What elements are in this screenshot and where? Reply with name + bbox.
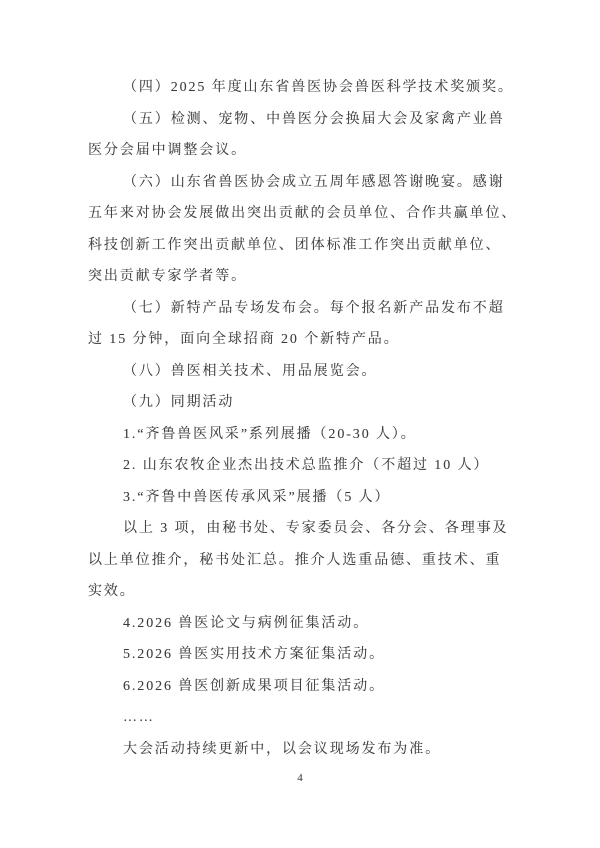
doc-line: 6.2026 兽医创新成果项目征集活动。	[88, 671, 558, 703]
doc-line: （七）新特产品专场发布会。每个报名新产品发布不超	[88, 293, 558, 325]
doc-line: 科技创新工作突出贡献单位、团体标准工作突出贡献单位、	[88, 230, 558, 262]
doc-line: 以上单位推介，秘书处汇总。推介人选重品德、重技术、重	[88, 545, 558, 577]
doc-line: 实效。	[88, 576, 558, 608]
doc-line: （六）山东省兽医协会成立五周年感恩答谢晚宴。感谢	[88, 167, 558, 199]
document-body: （四）2025 年度山东省兽医协会兽医科学技术奖颁奖。 （五）检测、宠物、中兽医…	[88, 72, 558, 765]
doc-line: （四）2025 年度山东省兽医协会兽医科学技术奖颁奖。	[88, 72, 558, 104]
doc-line: 3.“齐鲁中兽医传承风采”展播（5 人）	[88, 482, 558, 514]
doc-line: 医分会届中调整会议。	[88, 135, 558, 167]
doc-line: 4.2026 兽医论文与病例征集活动。	[88, 608, 558, 640]
document-page: （四）2025 年度山东省兽医协会兽医科学技术奖颁奖。 （五）检测、宠物、中兽医…	[0, 0, 600, 848]
page-number: 4	[0, 768, 600, 788]
doc-line: （五）检测、宠物、中兽医分会换届大会及家禽产业兽	[88, 104, 558, 136]
doc-line: 大会活动持续更新中，以会议现场发布为准。	[88, 734, 558, 766]
doc-line: 过 15 分钟，面向全球招商 20 个新特产品。	[88, 324, 558, 356]
doc-line: （八）兽医相关技术、用品展览会。	[88, 356, 558, 388]
doc-line: 2. 山东农牧企业杰出技术总监推介（不超过 10 人）	[88, 450, 558, 482]
doc-line: 五年来对协会发展做出突出贡献的会员单位、合作共赢单位、	[88, 198, 558, 230]
doc-line: 以上 3 项，由秘书处、专家委员会、各分会、各理事及	[88, 513, 558, 545]
doc-line: （九）同期活动	[88, 387, 558, 419]
doc-line: ……	[88, 702, 558, 734]
doc-line: 5.2026 兽医实用技术方案征集活动。	[88, 639, 558, 671]
doc-line: 1.“齐鲁兽医风采”系列展播（20-30 人）。	[88, 419, 558, 451]
doc-line: 突出贡献专家学者等。	[88, 261, 558, 293]
